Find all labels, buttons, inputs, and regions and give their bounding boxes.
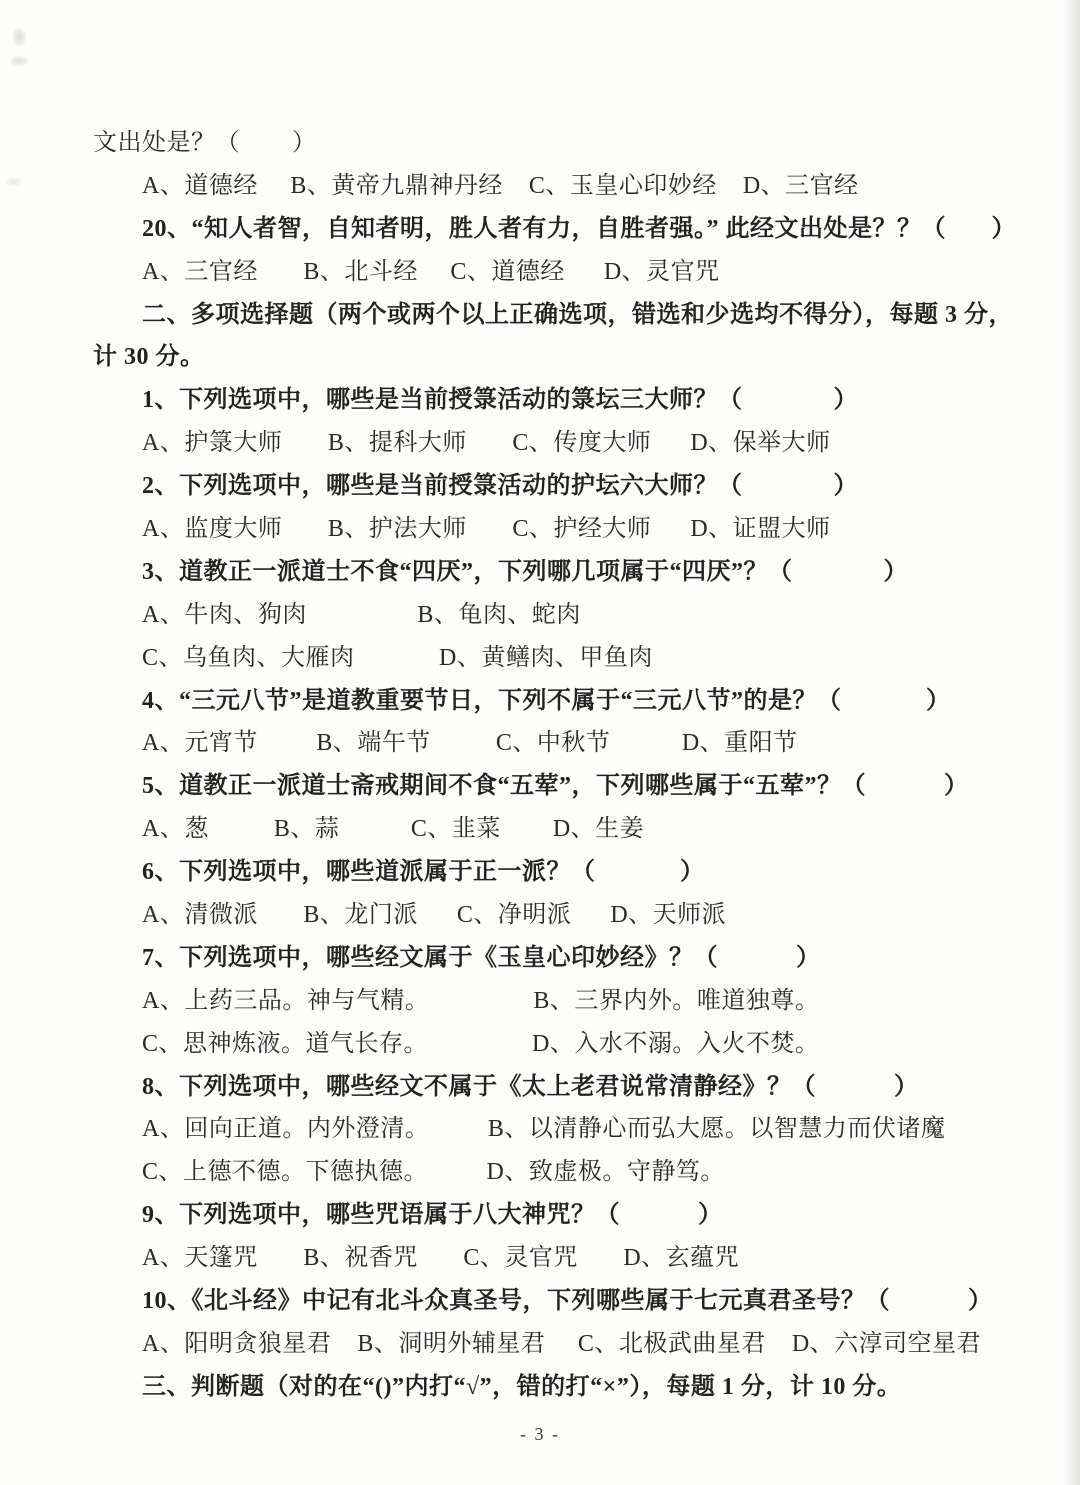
scan-smudge: [12, 28, 26, 46]
options-line: A、护箓大师 B、提科大师 C、传度大师 D、保举大师: [93, 422, 1060, 465]
question-line: 20、“知人者智，自知者明，胜人者有力，自胜者强。” 此经文出处是？？（ ）: [93, 208, 1060, 251]
question-line: 3、道教正一派道士不食“四厌”，下列哪几项属于“四厌”？（ ）: [93, 551, 1060, 594]
options-line: C、思神炼液。道气长存。 D、入水不溺。入火不焚。: [93, 1023, 1060, 1066]
question-line: 10、《北斗经》中记有北斗众真圣号，下列哪些属于七元真君圣号？（ ）: [93, 1280, 1060, 1323]
options-line: A、三官经 B、北斗经 C、道德经 D、灵官咒: [93, 251, 1060, 294]
question-line: 7、下列选项中，哪些经文属于《玉皇心印妙经》？（ ）: [93, 937, 1060, 980]
scan-smudge: [10, 56, 28, 66]
options-line: A、道德经 B、黄帝九鼎神丹经 C、玉皇心印妙经 D、三官经: [93, 165, 1060, 208]
exam-page: 文出处是？（ ）A、道德经 B、黄帝九鼎神丹经 C、玉皇心印妙经 D、三官经20…: [0, 0, 1080, 1485]
scan-smudge: [6, 178, 22, 186]
options-line: A、上药三品。神与气精。 B、三界内外。唯道独尊。: [93, 980, 1060, 1023]
scan-edge-shadow: [1062, 0, 1080, 1485]
options-line: C、乌鱼肉、大雁肉 D、黄鳝肉、甲鱼肉: [93, 637, 1060, 680]
question-continuation-line: 文出处是？（ ）: [93, 122, 1060, 165]
options-line: A、葱 B、蒜 C、韭菜 D、生姜: [93, 808, 1060, 851]
question-line: 8、下列选项中，哪些经文不属于《太上老君说常清静经》？（ ）: [93, 1066, 1060, 1109]
options-line: C、上德不德。下德执德。 D、致虚极。守静笃。: [93, 1151, 1060, 1194]
options-line: A、清微派 B、龙门派 C、净明派 D、天师派: [93, 894, 1060, 937]
options-line: A、天篷咒 B、祝香咒 C、灵官咒 D、玄蕴咒: [93, 1237, 1060, 1280]
question-line: 6、下列选项中，哪些道派属于正一派？（ ）: [93, 851, 1060, 894]
section-heading-line: 二、多项选择题（两个或两个以上正确选项，错选和少选均不得分），每题 3 分，: [93, 294, 1060, 337]
question-line: 2、下列选项中，哪些是当前授箓活动的护坛六大师？（ ）: [93, 465, 1060, 508]
options-line: A、牛肉、狗肉 B、龟肉、蛇肉: [93, 594, 1060, 637]
section-heading-line: 三、判断题（对的在“()”内打“√”，错的打“×”），每题 1 分，计 10 分…: [93, 1366, 1060, 1409]
options-line: A、阳明贪狼星君 B、洞明外辅星君 C、北极武曲星君 D、六淳司空星君: [93, 1323, 1060, 1366]
options-line: A、回向正道。内外澄清。 B、以清静心而弘大愿。以智慧力而伏诸魔: [93, 1108, 1060, 1151]
exam-body: 文出处是？（ ）A、道德经 B、黄帝九鼎神丹经 C、玉皇心印妙经 D、三官经20…: [93, 122, 1060, 1409]
options-line: A、元宵节 B、端午节 C、中秋节 D、重阳节: [93, 722, 1060, 765]
question-line: 9、下列选项中，哪些咒语属于八大神咒？（ ）: [93, 1194, 1060, 1237]
question-line: 5、道教正一派道士斋戒期间不食“五荤”，下列哪些属于“五荤”？（ ）: [93, 765, 1060, 808]
question-line: 1、下列选项中，哪些是当前授箓活动的箓坛三大师？（ ）: [93, 379, 1060, 422]
page-number: - 3 -: [0, 1424, 1080, 1445]
section-heading-line: 计 30 分。: [93, 336, 1060, 379]
question-line: 4、“三元八节”是道教重要节日，下列不属于“三元八节”的是？（ ）: [93, 680, 1060, 723]
options-line: A、监度大师 B、护法大师 C、护经大师 D、证盟大师: [93, 508, 1060, 551]
